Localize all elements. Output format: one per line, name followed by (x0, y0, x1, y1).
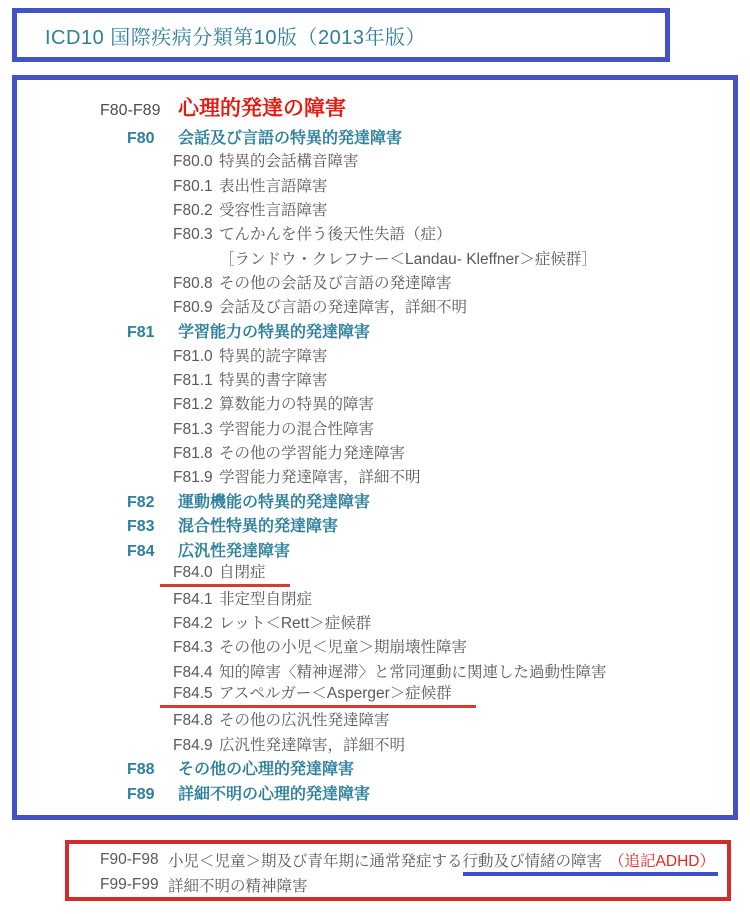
label: 知的障害〈精神遅滞〉と常同運動に関連した過動性障害 (219, 660, 607, 682)
code: F80.2 (173, 202, 219, 220)
code: F88 (127, 761, 178, 779)
label: 混合性特異的発達障害 (178, 513, 338, 536)
label: てんかんを伴う後天性失語（症） (219, 222, 452, 244)
classification-row: F80.3てんかんを伴う後天性失語（症） (17, 221, 733, 245)
code: F84.1 (173, 591, 219, 609)
label: 小児＜児童＞期及び青年期に通常発症する行動及び情緒の障害（追記ADHD） (168, 849, 718, 871)
label: 学習能力の混合性障害 (219, 417, 374, 439)
entry: F81学習能力の特異的発達障害 (127, 319, 370, 342)
label: その他の学習能力発達障害 (219, 441, 405, 463)
code: F83 (127, 518, 178, 536)
code: F80 (127, 130, 178, 148)
classification-row: F84広汎性発達障害 (17, 537, 733, 561)
code: F84.5 (173, 685, 219, 703)
classification-row: F81.3学習能力の混合性障害 (17, 416, 733, 440)
classification-row: F84.9広汎性発達障害，詳細不明 (17, 731, 733, 755)
code: F81 (127, 324, 178, 342)
label-plain: 小児＜児童＞期及び青年期に通常発症する (168, 853, 463, 870)
classification-row: F84.2レット＜Rett＞症候群 (17, 610, 733, 634)
entry: F88その他の心理的発達障害 (127, 756, 354, 779)
code: F81.8 (173, 445, 219, 463)
classification-row: F84.4知的障害〈精神遅滞〉と常同運動に関連した過動性障害 (17, 659, 733, 683)
entry: F84.4知的障害〈精神遅滞〉と常同運動に関連した過動性障害 (173, 660, 607, 682)
code: F80.3 (173, 226, 219, 244)
label: 会話及び言語の発達障害，詳細不明 (219, 295, 467, 317)
code: F81.3 (173, 421, 219, 439)
entry: F83混合性特異的発達障害 (127, 513, 338, 536)
classification-row: F80-F89心理的発達の障害 (17, 90, 733, 124)
code: F80.9 (173, 299, 219, 317)
entry: F81.2算数能力の特異的障害 (173, 392, 374, 414)
classification-row: F84.0自閉症 (17, 561, 733, 585)
label: その他の小児＜児童＞期崩壊性障害 (219, 635, 467, 657)
classification-row: F89詳細不明の心理的発達障害 (17, 780, 733, 804)
code: F84.2 (173, 615, 219, 633)
label: 広汎性発達障害，詳細不明 (219, 733, 405, 755)
entry: F81.0特異的読字障害 (173, 344, 328, 366)
label: アスペルガー＜Asperger＞症候群 (219, 681, 452, 703)
code: F84.9 (173, 737, 219, 755)
classification-row: F88その他の心理的発達障害 (17, 756, 733, 780)
label: 受容性言語障害 (219, 198, 328, 220)
classification-row: ［ランドウ・クレフナー＜Landau- Kleffner＞症候群］ (17, 245, 733, 269)
code: F84.3 (173, 639, 219, 657)
classification-rows: F80-F89心理的発達の障害F80会話及び言語の特異的発達障害F80.0特異的… (17, 90, 733, 804)
classification-row: F80.1表出性言語障害 (17, 173, 733, 197)
code: F84.4 (173, 664, 219, 682)
code: F84.8 (173, 712, 219, 730)
classification-row: F84.5アスペルガー＜Asperger＞症候群 (17, 683, 733, 707)
page-title: ICD10 国際疾病分類第10版（2013年版） (45, 21, 426, 50)
label: その他の広汎性発達障害 (219, 708, 390, 730)
label: 特異的書字障害 (219, 368, 328, 390)
supplement-box: F90-F98 小児＜児童＞期及び青年期に通常発症する行動及び情緒の障害（追記A… (65, 840, 731, 901)
label: ［ランドウ・クレフナー＜Landau- Kleffner＞症候群］ (219, 247, 597, 269)
entry: F80会話及び言語の特異的発達障害 (127, 125, 402, 148)
entry: ［ランドウ・クレフナー＜Landau- Kleffner＞症候群］ (219, 247, 597, 269)
classification-row: F80.0特異的会話構音障害 (17, 148, 733, 172)
label: 広汎性発達障害 (178, 538, 290, 561)
code: F84 (127, 543, 178, 561)
label: 運動機能の特異的発達障害 (178, 489, 370, 512)
code: F84.0 (173, 564, 219, 582)
classification-row: F80会話及び言語の特異的発達障害 (17, 124, 733, 148)
label: 詳細不明の心理的発達障害 (178, 781, 370, 804)
entry: F80.8その他の会話及び言語の発達障害 (173, 271, 452, 293)
entry: F89詳細不明の心理的発達障害 (127, 781, 370, 804)
classification-row: F81.0特異的読字障害 (17, 343, 733, 367)
supplement-row: F99-F99 詳細不明の精神障害 (69, 872, 727, 897)
entry: F84広汎性発達障害 (127, 538, 290, 561)
supplement-row: F90-F98 小児＜児童＞期及び青年期に通常発症する行動及び情緒の障害（追記A… (69, 847, 727, 872)
code: F80.8 (173, 275, 219, 293)
label: 心理的発達の障害 (178, 92, 346, 122)
code: F90-F98 (100, 851, 168, 869)
classification-row: F81.2算数能力の特異的障害 (17, 391, 733, 415)
entry: F84.8その他の広汎性発達障害 (173, 708, 390, 730)
code: F82 (127, 494, 178, 512)
classification-row: F81.8その他の学習能力発達障害 (17, 440, 733, 464)
classification-row: F81.9学習能力発達障害，詳細不明 (17, 464, 733, 488)
classification-row: F84.8その他の広汎性発達障害 (17, 707, 733, 731)
entry: F80-F89心理的発達の障害 (100, 92, 346, 122)
label: 算数能力の特異的障害 (219, 392, 374, 414)
title-box: ICD10 国際疾病分類第10版（2013年版） (12, 8, 670, 62)
code: F80-F89 (100, 102, 178, 120)
label: 特異的読字障害 (219, 344, 328, 366)
label: 詳細不明の精神障害 (168, 874, 308, 896)
classification-row: F80.8その他の会話及び言語の発達障害 (17, 270, 733, 294)
entry: F84.3その他の小児＜児童＞期崩壊性障害 (173, 635, 467, 657)
entry: F80.1表出性言語障害 (173, 174, 328, 196)
label: 表出性言語障害 (219, 174, 328, 196)
underlined-phrase: 行動及び情緒の障害（追記ADHD） (463, 853, 718, 876)
code: F99-F99 (100, 876, 168, 894)
classification-row: F81.1特異的書字障害 (17, 367, 733, 391)
label: その他の会話及び言語の発達障害 (219, 271, 452, 293)
label: 非定型自閉症 (219, 587, 312, 609)
label-underlined: 行動及び情緒の障害 (463, 853, 603, 870)
entry: F84.1非定型自閉症 (173, 587, 312, 609)
classification-row: F80.9会話及び言語の発達障害，詳細不明 (17, 294, 733, 318)
entry: F80.3てんかんを伴う後天性失語（症） (173, 222, 452, 244)
label: レット＜Rett＞症候群 (219, 611, 371, 633)
classification-row: F83混合性特異的発達障害 (17, 513, 733, 537)
code: F81.9 (173, 469, 219, 487)
adhd-note: （追記ADHD） (609, 853, 715, 870)
code: F81.2 (173, 396, 219, 414)
entry: F81.1特異的書字障害 (173, 368, 328, 390)
label: その他の心理的発達障害 (178, 756, 354, 779)
classification-box: F80-F89心理的発達の障害F80会話及び言語の特異的発達障害F80.0特異的… (12, 75, 738, 820)
entry: F84.2レット＜Rett＞症候群 (173, 611, 371, 633)
classification-row: F81学習能力の特異的発達障害 (17, 318, 733, 342)
code: F89 (127, 786, 178, 804)
entry: F84.9広汎性発達障害，詳細不明 (173, 733, 405, 755)
classification-row: F84.3その他の小児＜児童＞期崩壊性障害 (17, 634, 733, 658)
classification-row: F80.2受容性言語障害 (17, 197, 733, 221)
code: F80.1 (173, 178, 219, 196)
underlined-entry: F84.0自閉症 (160, 560, 290, 587)
entry: F82運動機能の特異的発達障害 (127, 489, 370, 512)
label: 自閉症 (219, 560, 266, 582)
label: 会話及び言語の特異的発達障害 (178, 125, 402, 148)
entry: F80.9会話及び言語の発達障害，詳細不明 (173, 295, 467, 317)
entry: F80.0特異的会話構音障害 (173, 149, 359, 171)
entry: F80.2受容性言語障害 (173, 198, 328, 220)
entry: F81.3学習能力の混合性障害 (173, 417, 374, 439)
classification-row: F82運動機能の特異的発達障害 (17, 488, 733, 512)
label: 学習能力発達障害，詳細不明 (219, 465, 421, 487)
entry: F81.9学習能力発達障害，詳細不明 (173, 465, 421, 487)
classification-row: F84.1非定型自閉症 (17, 586, 733, 610)
code: F81.1 (173, 372, 219, 390)
label: 特異的会話構音障害 (219, 149, 359, 171)
entry: F81.8その他の学習能力発達障害 (173, 441, 405, 463)
underlined-entry: F84.5アスペルガー＜Asperger＞症候群 (160, 681, 476, 708)
code: F80.0 (173, 153, 219, 171)
code: F81.0 (173, 348, 219, 366)
label: 学習能力の特異的発達障害 (178, 319, 370, 342)
